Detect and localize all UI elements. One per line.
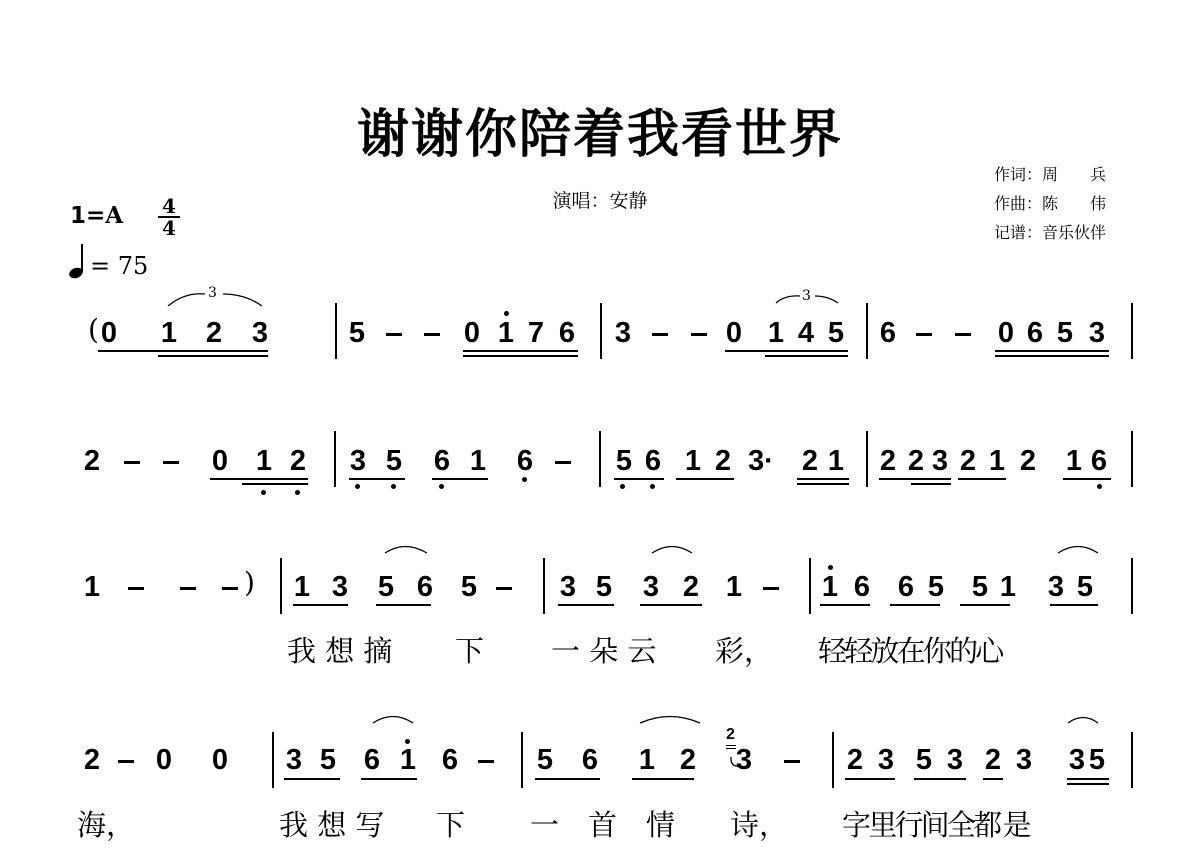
repeat-open-paren: (: [88, 313, 99, 346]
note: 3: [734, 745, 754, 775]
note: 3: [613, 318, 633, 348]
note: 6: [432, 446, 452, 476]
note: 2: [1018, 446, 1038, 476]
note: 0: [99, 318, 119, 348]
note: 1: [683, 446, 703, 476]
note: 0: [462, 318, 482, 348]
note: 3: [1046, 572, 1066, 602]
note: 5: [1087, 745, 1107, 775]
note: 3: [558, 572, 578, 602]
note: 5: [914, 745, 934, 775]
note: 1: [826, 446, 846, 476]
lyric-line: 下: [455, 634, 484, 668]
note: 5: [1075, 572, 1095, 602]
lyric-line: 字 里 行 间 全 都 是: [842, 808, 1026, 842]
lyric-line: 我 想 摘: [287, 634, 392, 668]
note: 3: [930, 446, 950, 476]
note: 5: [376, 572, 396, 602]
note: 0: [724, 318, 744, 348]
note: 6: [852, 572, 872, 602]
repeat-close-paren: ): [244, 566, 255, 599]
note: 2: [845, 745, 865, 775]
note: 2: [906, 446, 926, 476]
note: 5: [318, 745, 338, 775]
note: 1: [820, 572, 840, 602]
note: 6: [1089, 446, 1109, 476]
note: 7: [526, 318, 546, 348]
note: 0: [210, 446, 230, 476]
note: 2: [288, 446, 308, 476]
note: 6: [896, 572, 916, 602]
note: 2: [204, 318, 224, 348]
note: 3: [330, 572, 350, 602]
note: 6: [515, 446, 535, 476]
note: 2: [713, 446, 733, 476]
lyric-line: 轻 轻 放 在 你 的 心: [818, 634, 998, 668]
note: 1: [1064, 446, 1084, 476]
note: 3: [284, 745, 304, 775]
slur-overlay: [0, 0, 1200, 850]
note: 3·: [748, 446, 788, 476]
note: 3: [876, 745, 896, 775]
note: 2: [678, 745, 698, 775]
note: 1: [987, 446, 1007, 476]
note: 2: [681, 572, 701, 602]
lyric-line: 一 首 情: [530, 808, 675, 842]
note: 6: [362, 745, 382, 775]
note: 1: [468, 446, 488, 476]
note: 3: [1014, 745, 1034, 775]
lyric-line: 下: [436, 808, 465, 842]
note: 2: [983, 745, 1003, 775]
note: 3: [1087, 318, 1107, 348]
note: 6: [557, 318, 577, 348]
lyric-line: 我 想 写: [279, 808, 384, 842]
note: 1: [496, 318, 516, 348]
note: 5: [535, 745, 555, 775]
note: 0: [996, 318, 1016, 348]
note: 6: [643, 446, 663, 476]
note: 3: [250, 318, 270, 348]
grace-note: 2: [726, 726, 735, 744]
note: 5: [1055, 318, 1075, 348]
triplet-label: 3: [802, 288, 811, 304]
note: 5: [594, 572, 614, 602]
note: 5: [970, 572, 990, 602]
triplet-label: 3: [208, 285, 217, 301]
note: 2: [958, 446, 978, 476]
note: 6: [440, 745, 460, 775]
note: 5: [347, 318, 367, 348]
note: 2: [82, 745, 102, 775]
note: 1: [292, 572, 312, 602]
note: 2: [800, 446, 820, 476]
note: 1: [724, 572, 744, 602]
note: 2: [878, 446, 898, 476]
lyric-line: 一 朵 云: [551, 634, 656, 668]
note: 5: [614, 446, 634, 476]
note: 3: [641, 572, 661, 602]
note: 3: [1067, 745, 1087, 775]
note: 0: [210, 745, 230, 775]
lyric-line: 彩，: [715, 634, 773, 668]
note: 1: [766, 318, 786, 348]
note: 1: [82, 572, 102, 602]
note: 1: [637, 745, 657, 775]
note: 6: [580, 745, 600, 775]
note: 6: [415, 572, 435, 602]
note: 3: [945, 745, 965, 775]
note: 1: [159, 318, 179, 348]
lyric-line: 诗，: [730, 808, 788, 842]
note: 0: [154, 745, 174, 775]
note: 1: [998, 572, 1018, 602]
note: 5: [459, 572, 479, 602]
note: 4: [796, 318, 816, 348]
note: 1: [398, 745, 418, 775]
note: 6: [878, 318, 898, 348]
note: 3: [348, 446, 368, 476]
note: 5: [926, 572, 946, 602]
note: 2: [82, 446, 102, 476]
note: 1: [254, 446, 274, 476]
note: 6: [1025, 318, 1045, 348]
note: 5: [826, 318, 846, 348]
lyric-line: 海，: [77, 808, 135, 842]
note: 5: [384, 446, 404, 476]
